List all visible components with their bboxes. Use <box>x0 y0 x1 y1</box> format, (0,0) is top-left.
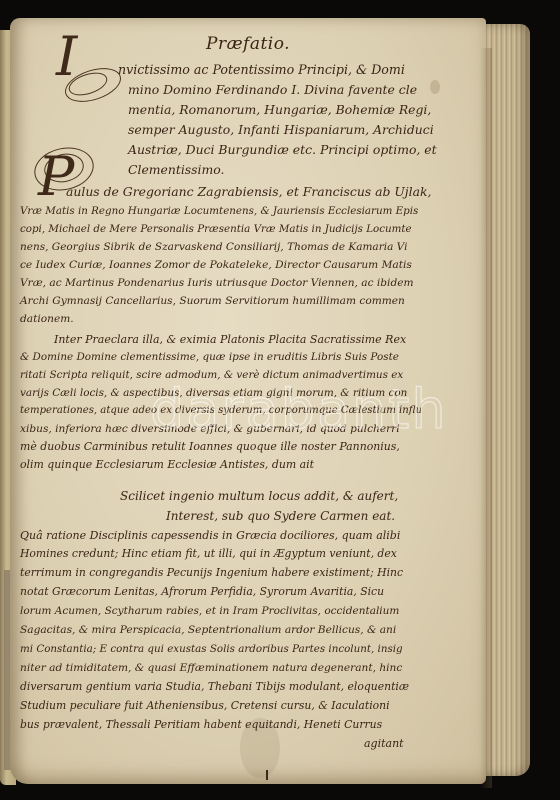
text-line: Quâ ratione Disciplinis capessendis in G… <box>20 530 400 541</box>
gutter-shadow <box>480 48 492 788</box>
decorated-initial-i: I <box>56 30 77 84</box>
text-line: diversarum gentium varia Studia, Thebani… <box>20 682 409 693</box>
catchword: agitant <box>364 738 404 749</box>
text-line: notat Græcorum Lenitas, Afrorum Perfidia… <box>20 587 384 598</box>
text-line: copi, Michael de Mere Personalis Præsent… <box>20 224 412 234</box>
text-line: & Domine Domine clementissime, quæ ipse … <box>20 352 399 362</box>
text-line: mentia, Romanorum, Hungariæ, Bohemiæ Reg… <box>128 104 431 116</box>
text-line: Vræ Matis in Regno Hungariæ Locumtenens,… <box>20 206 418 216</box>
text-line: Sagacitas, & mira Perspicacia, Septentri… <box>20 625 396 636</box>
text-line: bus prævalent, Thessali Peritiam habent … <box>20 720 382 731</box>
paper-stain <box>430 80 440 94</box>
text-line: Vræ, ac Martinus Pondenarius Iuris utriu… <box>20 278 414 289</box>
text-line: Austriæ, Duci Burgundiæ etc. Principi op… <box>128 144 437 156</box>
page-title: Præfatio. <box>206 34 290 54</box>
watermark: darabanth <box>150 378 448 441</box>
text-line: Homines credunt; Hinc etiam fit, ut illi… <box>20 549 397 560</box>
text-line: semper Augusto, Infanti Hispaniarum, Arc… <box>128 124 434 136</box>
text-line: mè duobus Carminibus retulit Ioannes quo… <box>20 442 400 453</box>
verse-line: Scilicet ingenio multum locus addit, & a… <box>120 490 398 502</box>
text-line: terrimum in congregandis Pecunijs Ingeni… <box>20 568 403 579</box>
text-line: Studium peculiare fuit Atheniensibus, Cr… <box>20 701 390 712</box>
verse-line: Interest, sub quo Sydere Carmen eat. <box>166 510 395 522</box>
text-line: mi Constantia; E contra qui exustas Soli… <box>20 644 403 654</box>
manuscript-photo: Præfatio. I P nvictissimo ac Potentissim… <box>0 0 560 800</box>
text-line: mino Domino Ferdinando I. Divina favente… <box>128 84 417 96</box>
ink-mark <box>266 770 268 780</box>
text-line: nens, Georgius Sibrik de Szarvaskend Con… <box>20 242 407 253</box>
text-line: niter ad timiditatem, & quasi Effæminati… <box>20 663 402 674</box>
text-line: olim quinque Ecclesiarum Ecclesiæ Antist… <box>20 460 314 471</box>
text-line: Clementissimo. <box>128 164 224 176</box>
text-line: nvictissimo ac Potentissimo Principi, & … <box>118 64 405 77</box>
text-line: aulus de Gregorianc Zagrabiensis, et Fra… <box>66 186 431 198</box>
text-line: dationem. <box>20 314 74 325</box>
text-line: lorum Acumen, Scytharum rabies, et in Ir… <box>20 606 399 617</box>
text-line: Inter Praeclara illa, & eximia Platonis … <box>54 334 406 345</box>
text-line: Archi Gymnasij Cancellarius, Suorum Serv… <box>20 296 405 307</box>
text-line: ce Iudex Curiæ, Ioannes Zomor de Pokatel… <box>20 260 412 271</box>
